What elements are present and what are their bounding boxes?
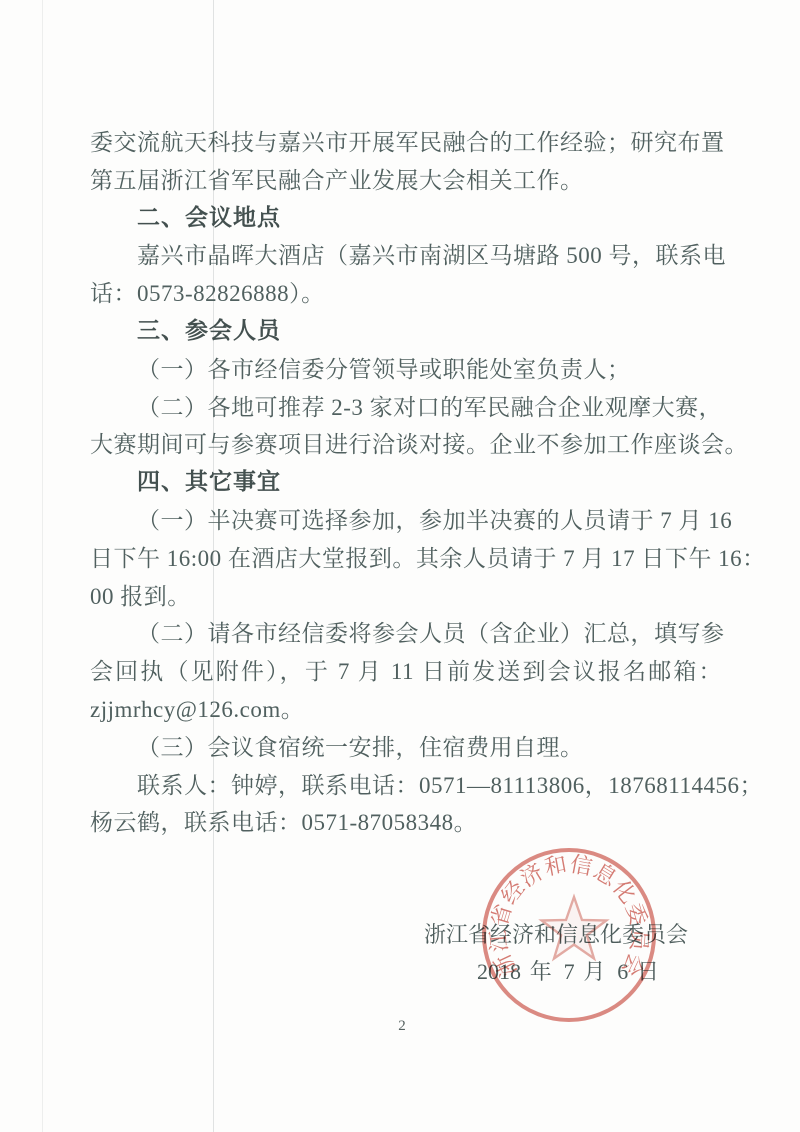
text-line: 00 报到。: [90, 578, 722, 616]
body-lines: 委交流航天科技与嘉兴市开展军民融合的工作经验；研究布置第五届浙江省军民融合产业发…: [90, 124, 722, 842]
document-page: 委交流航天科技与嘉兴市开展军民融合的工作经验；研究布置第五届浙江省军民融合产业发…: [0, 0, 800, 1132]
text-line: 话：0573-82826888）。: [90, 275, 722, 313]
page-number: 2: [387, 1018, 417, 1035]
star-icon: [542, 897, 607, 959]
section-heading: 二、会议地点: [90, 200, 722, 238]
text-line: （三）会议食宿统一安排，住宿费用自理。: [90, 729, 722, 767]
official-seal: 浙江省经济和信息化委员会: [459, 825, 679, 1045]
text-line: （一）各市经信委分管领导或职能处室负责人；: [90, 351, 722, 389]
text-line: 联系人：钟婷，联系电话：0571—81113806，18768114456；: [90, 767, 722, 805]
section-heading: 三、参会人员: [90, 313, 722, 351]
text-line: （二）请各市经信委将参会人员（含企业）汇总，填写参: [90, 615, 722, 653]
text-line: 委交流航天科技与嘉兴市开展军民融合的工作经验；研究布置: [90, 124, 722, 162]
text-line: 第五届浙江省军民融合产业发展大会相关工作。: [90, 162, 722, 200]
text-line: 嘉兴市晶晖大酒店（嘉兴市南湖区马塘路 500 号，联系电: [90, 237, 722, 275]
scan-edge-artifact: [42, 0, 43, 1132]
section-heading: 四、其它事宜: [90, 464, 722, 502]
text-line: 大赛期间可与参赛项目进行洽谈对接。企业不参加工作座谈会。: [90, 426, 722, 464]
text-line: zjjmrhcy@126.com。: [90, 691, 722, 729]
text-line: （二）各地可推荐 2-3 家对口的军民融合企业观摩大赛，: [90, 389, 722, 427]
text-line: （一）半决赛可选择参加，参加半决赛的人员请于 7 月 16: [90, 502, 722, 540]
text-line: 会回执（见附件），于 7 月 11 日前发送到会议报名邮箱：: [90, 653, 722, 691]
text-line: 日下午 16:00 在酒店大堂报到。其余人员请于 7 月 17 日下午 16：: [90, 540, 722, 578]
